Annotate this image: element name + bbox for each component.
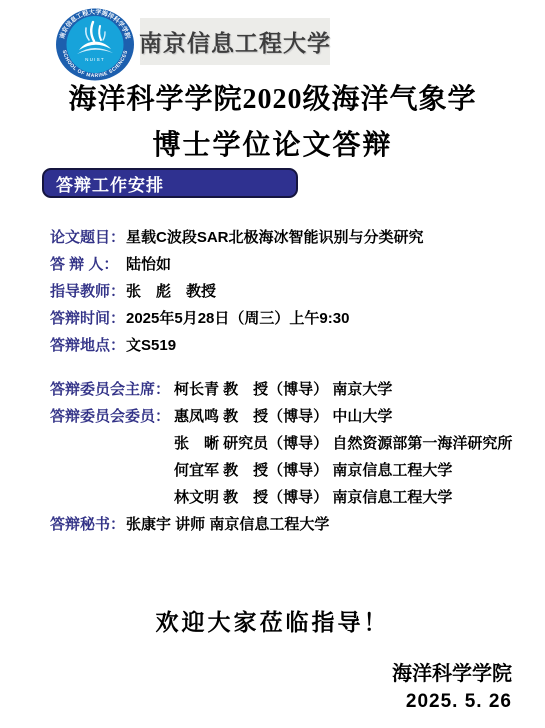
field-value: 柯长青 教 授（博导） 南京大学 [174, 376, 392, 403]
signature-org: 海洋科学学院 [392, 660, 512, 688]
field-label: 指导教师： [50, 278, 126, 305]
section-banner-label: 答辩工作安排 [56, 171, 164, 196]
field-label [50, 484, 174, 511]
defense-details: 论文题目： 星载C波段SAR北极海冰智能识别与分类研究 答 辩 人： 陆怡如 指… [50, 224, 525, 538]
field-value: 陆怡如 [126, 251, 171, 278]
header: 南京信息工程大学海洋科学学院 SCHOOL OF MARINE SCIENCES… [0, 0, 545, 84]
signature-date: 2025. 5. 26 [392, 688, 512, 716]
field-label: 答辩时间： [50, 305, 126, 332]
university-name-text: 南京信息工程大学 [139, 25, 331, 58]
committee-row-member: 答辩委员会委员： 惠凤鸣 教 授（博导） 中山大学 [50, 403, 525, 430]
info-row-candidate: 答 辩 人： 陆怡如 [50, 251, 525, 278]
signature-block: 海洋科学学院 2025. 5. 26 [392, 660, 512, 716]
university-name-calligraphy: 南京信息工程大学 [140, 18, 330, 65]
field-label [50, 430, 174, 457]
section-banner: 答辩工作安排 [42, 168, 298, 198]
poster-title: 海洋科学学院2020级海洋气象学 博士学位论文答辩 [0, 83, 545, 163]
committee-row-member: 张 晰 研究员（博导） 自然资源部第一海洋研究所 [50, 430, 525, 457]
info-row-advisor: 指导教师： 张 彪 教授 [50, 278, 525, 305]
field-value: 张 彪 教授 [126, 278, 216, 305]
info-row-time: 答辩时间： 2025年5月28日（周三）上午9:30 [50, 305, 525, 332]
field-value: 文S519 [126, 332, 176, 359]
welcome-greeting: 欢迎大家莅临指导！ [0, 606, 545, 640]
field-label: 答辩委员会主席： [50, 376, 174, 403]
committee-block: 答辩委员会主席： 柯长青 教 授（博导） 南京大学 答辩委员会委员： 惠凤鸣 教… [50, 376, 525, 538]
field-label: 答辩地点： [50, 332, 126, 359]
field-value: 林文明 教 授（博导） 南京信息工程大学 [174, 484, 452, 511]
field-label: 答 辩 人： [50, 251, 126, 278]
field-label [50, 457, 174, 484]
field-value: 星载C波段SAR北极海冰智能识别与分类研究 [126, 224, 424, 251]
info-block: 论文题目： 星载C波段SAR北极海冰智能识别与分类研究 答 辩 人： 陆怡如 指… [50, 224, 525, 359]
field-value: 张康宇 讲师 南京信息工程大学 [126, 511, 329, 538]
committee-row-chair: 答辩委员会主席： 柯长青 教 授（博导） 南京大学 [50, 376, 525, 403]
committee-row-member: 林文明 教 授（博导） 南京信息工程大学 [50, 484, 525, 511]
field-label: 论文题目： [50, 224, 126, 251]
info-row-thesis-title: 论文题目： 星载C波段SAR北极海冰智能识别与分类研究 [50, 224, 525, 251]
title-line2: 博士学位论文答辩 [0, 129, 545, 163]
committee-row-member: 何宜军 教 授（博导） 南京信息工程大学 [50, 457, 525, 484]
field-label: 答辩秘书： [50, 511, 126, 538]
field-value: 2025年5月28日（周三）上午9:30 [126, 305, 349, 332]
field-value: 惠凤鸣 教 授（博导） 中山大学 [174, 403, 392, 430]
committee-row-secretary: 答辩秘书： 张康宇 讲师 南京信息工程大学 [50, 511, 525, 538]
title-line1: 海洋科学学院2020级海洋气象学 [0, 83, 545, 117]
info-row-location: 答辩地点： 文S519 [50, 332, 525, 359]
field-value: 张 晰 研究员（博导） 自然资源部第一海洋研究所 [174, 430, 512, 457]
defense-announcement-poster: 南京信息工程大学海洋科学学院 SCHOOL OF MARINE SCIENCES… [0, 0, 545, 728]
school-of-marine-sciences-logo-icon: 南京信息工程大学海洋科学学院 SCHOOL OF MARINE SCIENCES… [55, 8, 135, 81]
field-label: 答辩委员会委员： [50, 403, 174, 430]
field-value: 何宜军 教 授（博导） 南京信息工程大学 [174, 457, 452, 484]
logo-center-text: NUIST [85, 57, 105, 62]
